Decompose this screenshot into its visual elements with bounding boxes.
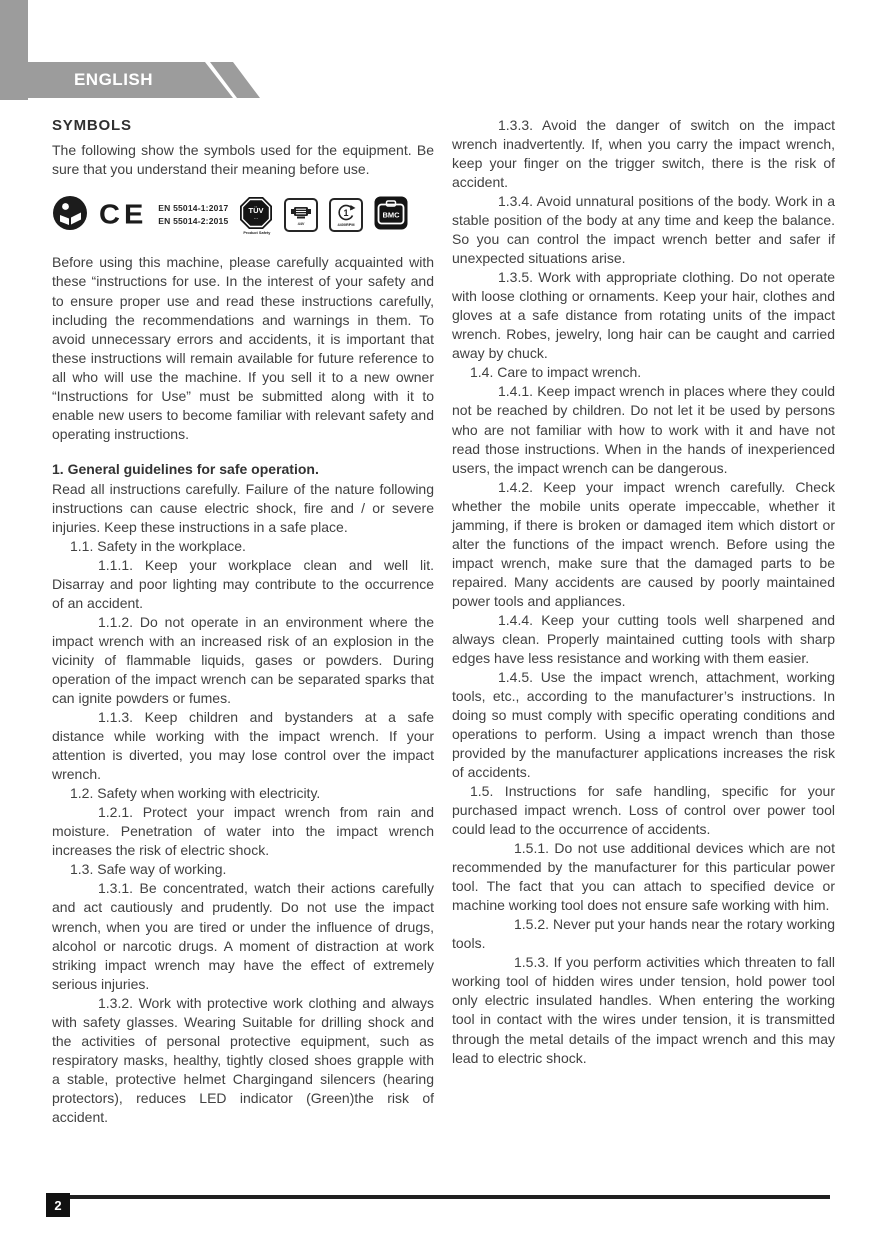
language-tab: ENGLISH	[28, 62, 233, 98]
rpm-symbol-label: 1	[344, 208, 349, 218]
paragraph-before-using: Before using this machine, please carefu…	[52, 253, 434, 443]
paragraph-1-5: 1.5. Instructions for safe handling, spe…	[452, 782, 835, 839]
symbols-title: SYMBOLS	[52, 116, 434, 136]
rpm-symbol-icon: 1 4400RPM	[329, 198, 363, 232]
tuv-badge-icon: TÜV ··· Product Safety	[239, 196, 273, 235]
right-column: 1.3.3. Avoid the danger of switch on the…	[452, 116, 835, 1068]
paragraph-1-3: 1.3. Safe way of working.	[52, 860, 434, 879]
page-number: 2	[54, 1198, 61, 1213]
paragraph-1-3-4: 1.3.4. Avoid unnatural positions of the …	[452, 192, 835, 268]
paragraph-1-2: 1.2. Safety when working with electricit…	[52, 784, 434, 803]
paragraph-1-5-2: 1.5.2. Never put your hands near the rot…	[452, 915, 835, 953]
motor-symbol-icon: 44V	[284, 198, 318, 232]
page-number-badge: 2	[46, 1193, 70, 1217]
paragraph-1-5-1: 1.5.1. Do not use additional devices whi…	[452, 839, 835, 915]
paragraph-1-3-3: 1.3.3. Avoid the danger of switch on the…	[452, 116, 835, 192]
ce-mark-icon: CE	[99, 197, 147, 235]
paragraph-1-1-2: 1.1.2. Do not operate in an environment …	[52, 613, 434, 708]
section-heading-general: 1. General guidelines for safe operation…	[52, 460, 434, 479]
symbols-row: CE EN 55014-1:2017 EN 55014-2:2015 TÜV ·…	[52, 192, 434, 238]
rpm-symbol-caption: 4400RPM	[338, 222, 355, 226]
corner-bar	[0, 0, 28, 100]
tuv-badge-label: TÜV	[249, 206, 264, 215]
footer-rule	[46, 1195, 830, 1199]
en-standards-text: EN 55014-1:2017 EN 55014-2:2015	[158, 202, 228, 228]
bmc-case-label: BMC	[383, 210, 401, 219]
en-standard-line1: EN 55014-1:2017	[158, 203, 228, 213]
paragraph-read-all: Read all instructions carefully. Failure…	[52, 480, 434, 537]
paragraph-1-4-1: 1.4.1. Keep impact wrench in places wher…	[452, 382, 835, 477]
symbols-intro: The following show the symbols used for …	[52, 141, 434, 179]
paragraph-1-3-5: 1.3.5. Work with appropriate clothing. D…	[452, 268, 835, 363]
paragraph-1-4-4: 1.4.4. Keep your cutting tools well shar…	[452, 611, 835, 668]
paragraph-1-4-2: 1.4.2. Keep your impact wrench carefully…	[452, 478, 835, 611]
paragraph-1-1-1: 1.1.1. Keep your workplace clean and wel…	[52, 556, 434, 613]
paragraph-1-5-3: 1.5.3. If you perform activities which t…	[452, 953, 835, 1067]
manual-page: ENGLISH SYMBOLS The following show the s…	[0, 0, 875, 1241]
en-standard-line2: EN 55014-2:2015	[158, 216, 228, 226]
paragraph-1-4: 1.4. Care to impact wrench.	[452, 363, 835, 382]
paragraph-1-1-3: 1.1.3. Keep children and bystanders at a…	[52, 708, 434, 784]
bmc-case-icon: BMC	[374, 196, 408, 235]
paragraph-1-3-1: 1.3.1. Be concentrated, watch their acti…	[52, 879, 434, 993]
motor-symbol-caption: 44V	[298, 221, 305, 225]
read-manual-icon	[52, 195, 88, 236]
language-tab-label: ENGLISH	[74, 70, 187, 90]
paragraph-1-3-2: 1.3.2. Work with protective work clothin…	[52, 994, 434, 1127]
left-column: SYMBOLS The following show the symbols u…	[52, 116, 434, 1127]
svg-text:···: ···	[254, 216, 259, 222]
paragraph-1-1: 1.1. Safety in the workplace.	[52, 537, 434, 556]
paragraph-1-2-1: 1.2.1. Protect your impact wrench from r…	[52, 803, 434, 860]
paragraph-1-4-5: 1.4.5. Use the impact wrench, attachment…	[452, 668, 835, 782]
tuv-badge-caption: Product Safety	[243, 230, 270, 234]
